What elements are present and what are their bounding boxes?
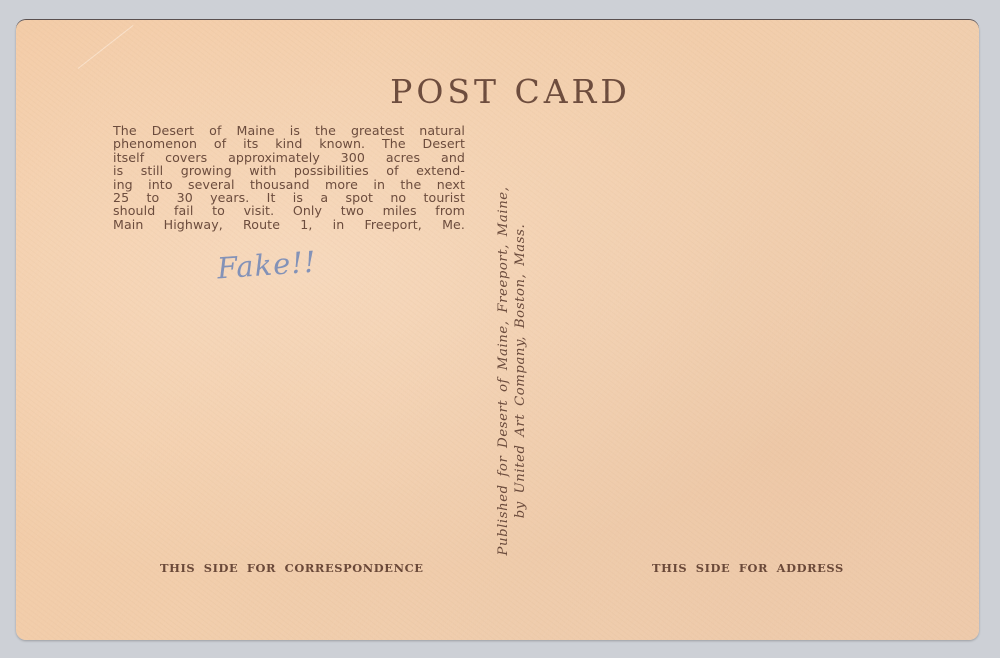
postcard-title: POST CARD xyxy=(16,72,979,111)
handwritten-note: Fake!! xyxy=(216,245,318,286)
publisher-credit: Published for Desert of Maine, Freeport,… xyxy=(486,156,538,586)
publisher-line: by United Art Company, Boston, Mass. xyxy=(512,156,529,586)
publisher-line: Published for Desert of Maine, Freeport,… xyxy=(495,156,512,586)
description-line: ing into several thousand more in the ne… xyxy=(113,178,465,191)
paper-crease xyxy=(78,25,134,69)
correspondence-label: THIS SIDE FOR CORRESPONDENCE xyxy=(160,561,424,575)
description-line: is still growing with possibilities of e… xyxy=(113,164,465,177)
description-line: 25 to 30 years. It is a spot no tourist xyxy=(113,191,465,204)
description-line: should fail to visit. Only two miles fro… xyxy=(113,204,465,217)
description-line: Main Highway, Route 1, in Freeport, Me. xyxy=(113,218,465,231)
postcard-back: POST CARD The Desert of Maine is the gre… xyxy=(16,20,979,640)
address-label: THIS SIDE FOR ADDRESS xyxy=(652,561,844,575)
description-line: The Desert of Maine is the greatest natu… xyxy=(113,124,465,137)
description-line: phenomenon of its kind known. The Desert xyxy=(113,137,465,150)
description-text: The Desert of Maine is the greatest natu… xyxy=(113,124,465,231)
description-line: itself covers approximately 300 acres an… xyxy=(113,151,465,164)
